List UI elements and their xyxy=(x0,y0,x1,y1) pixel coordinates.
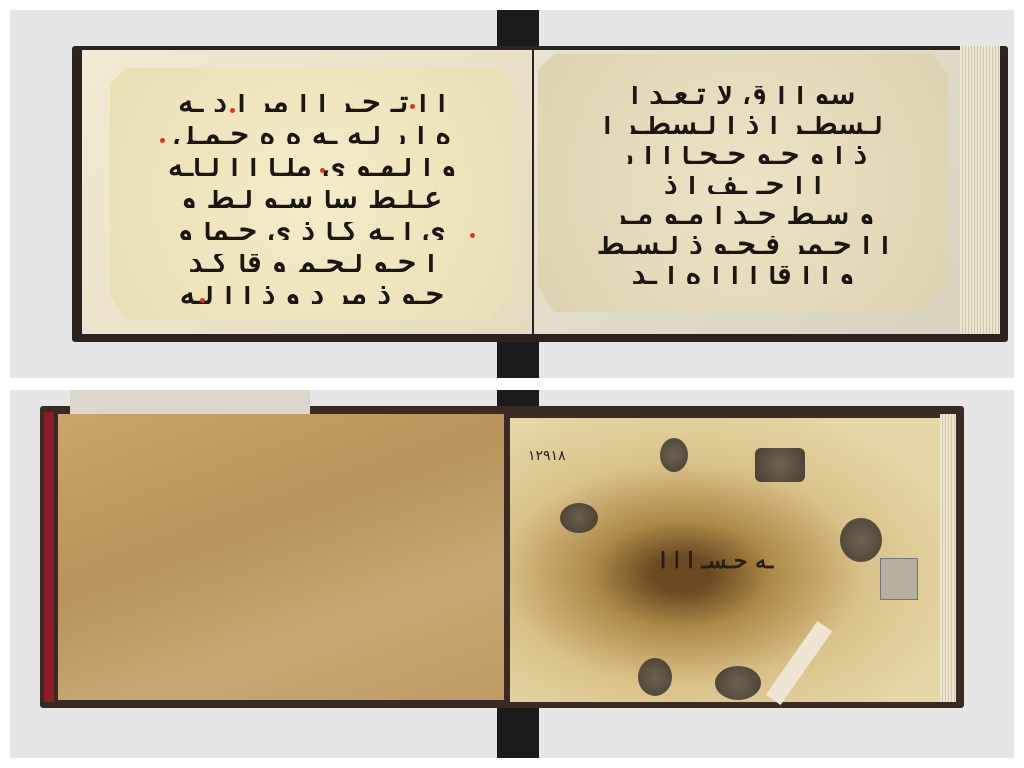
text-line: حـو ذ مر د و ذ ا ا لـه xyxy=(110,286,514,304)
seal-impression xyxy=(560,503,598,533)
left-parchment: ا ا تـ حـر ا ا مر ا د ـه ه ا ر لـه ـه ه … xyxy=(110,68,514,320)
paper-repair xyxy=(766,621,832,705)
top-photo: ١٩٠ ا ا تـ حـر ا ا مر ا د ـه ه ا ر لـه ـ… xyxy=(10,10,1014,378)
text-line: و ا ا قا ا ا ا ه ا ـد xyxy=(538,266,948,284)
square-seal xyxy=(880,558,918,600)
vowel-dot xyxy=(160,138,165,143)
text-line: ا ا حـمر فـحـو ذ لـسـط xyxy=(538,236,948,254)
page-edges xyxy=(960,46,1000,334)
stained-page: ١٢٩١٨ ـه حـسـ ا ا ا xyxy=(510,418,940,702)
vowel-dot xyxy=(410,104,415,109)
left-page: ١٩٠ ا ا تـ حـر ا ا مر ا د ـه ه ا ر لـه ـ… xyxy=(82,50,532,334)
vowel-dot xyxy=(230,108,235,113)
vowel-dot xyxy=(200,298,205,303)
seal-impression xyxy=(840,518,882,562)
center-inscription: ـه حـسـ ا ا ا xyxy=(660,548,773,574)
seal-impression xyxy=(755,448,805,482)
protective-sheet-edge xyxy=(70,390,310,414)
seal-impression xyxy=(715,666,761,700)
right-page: سو ا ا ق لا تـعـد ا لـسطـر ا ذ ا لـسطـر … xyxy=(534,50,960,334)
inscription-date: ١٢٩١٨ xyxy=(528,448,566,464)
text-line: ا حـو لـحـم و قا كـد xyxy=(110,254,514,272)
inner-cover-sheet xyxy=(58,414,504,700)
text-line: عـلـط سا سـو لـط و xyxy=(110,190,514,208)
seal-impression xyxy=(638,658,672,696)
text-line: ا ا حـ ـف ا ذ xyxy=(538,176,948,194)
right-parchment: سو ا ا ق لا تـعـد ا لـسطـر ا ذ ا لـسطـر … xyxy=(538,54,948,312)
vowel-dot xyxy=(320,168,325,173)
text-line: و ا لـهـو ي ملـا ا ا لـاـه xyxy=(110,158,514,176)
text-line: ه ا ر لـه ـه ه ه حـمـل xyxy=(110,126,514,144)
text-line: ذ ا و حـو حـحـا ا ا ر xyxy=(538,146,948,164)
vowel-dot xyxy=(470,233,475,238)
text-line: ا ا تـ حـر ا ا مر ا د ـه xyxy=(110,94,514,112)
text-line: سو ا ا ق لا تـعـد ا xyxy=(538,86,948,104)
page-edges xyxy=(940,414,956,702)
text-line: ي ا ـه كـا ذ ي حـما و xyxy=(110,222,514,240)
red-lining xyxy=(44,412,54,702)
text-line: و سـط حـد ا مـو مـر xyxy=(538,206,948,224)
bottom-photo: ١٢٩١٨ ـه حـسـ ا ا ا xyxy=(10,390,1014,758)
text-line: لـسطـر ا ذ ا لـسطـر ا xyxy=(538,116,948,134)
seal-impression xyxy=(660,438,688,472)
